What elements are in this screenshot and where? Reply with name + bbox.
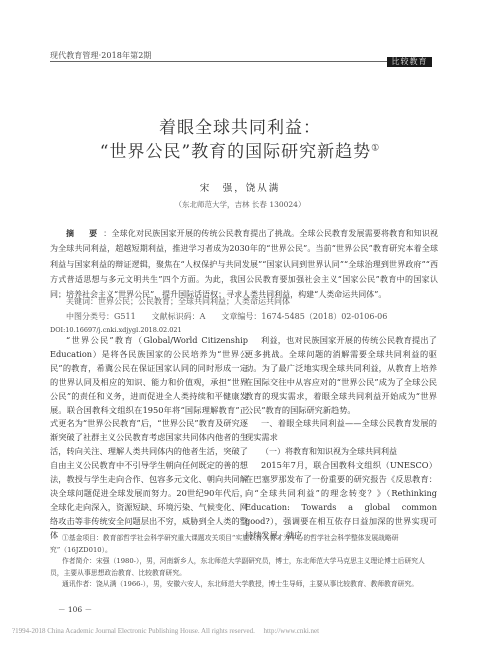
body-paragraph: “世界公民”教育（Global/World Citizenship Educat… (50, 334, 248, 543)
article-title-line1: 着眼全球共同利益： (0, 113, 480, 138)
abstract: 摘 要：全球化对民族国家开展的传统公民教育提出了挑战。全球公民教育发展需要将教育… (50, 226, 438, 302)
abstract-text: ：全球化对民族国家开展的传统公民教育提出了挑战。全球公民教育发展需要将教育和知识… (50, 229, 438, 299)
section-heading: 一、着眼全球共同利益——全球公民教育发展的现实需求 (245, 417, 437, 445)
footnote-rule (50, 528, 140, 529)
footnote-corresponding: 通讯作者：饶从满（1966-），男，安徽六安人，东北师范大学教授，博士生导师，主… (50, 579, 438, 591)
authors: 宋 强，饶从满 (0, 180, 480, 194)
body-column-right: 利益，也对民族国家开展的传统公民教育提出了更多挑战。全球问题的消解需要全球共同利… (245, 334, 437, 543)
copyright-notice: ?1994-2018 China Academic Journal Electr… (12, 626, 319, 636)
footnote-author-bio: 作者简介：宋强（1980-），男，河南新乡人，东北师范大学副研究员，博士，东北师… (50, 556, 438, 579)
body-paragraph: 利益，也对民族国家开展的传统公民教育提出了更多挑战。全球问题的消解需要全球共同利… (245, 334, 437, 417)
body-paragraph: 2015年7月，联合国教科文组织（UNESCO）在巴塞罗那发布了一份重要的研究报… (245, 459, 437, 542)
section-tag: 比较教育 (387, 57, 432, 67)
page-number: － 106 － (58, 604, 92, 615)
affiliation: （东北师范大学，吉林 长春 130024） (0, 199, 480, 210)
header-rule (50, 61, 390, 62)
keywords: 关键词：世界公民；公民教育；全球共同利益；人类命运共同体 (66, 296, 290, 307)
article-title-line2: “世界公民”教育的国际研究新趋势① (0, 137, 480, 162)
footnote-fund: ①基金项目：教育部哲学社会科学研究重大课题攻关项目“实施以育人育才为中心的哲学社… (50, 533, 438, 556)
title-footnote-marker[interactable]: ① (371, 143, 380, 153)
abstract-label: 摘 要 (66, 228, 103, 238)
subsection-heading: （一）将教育和知识视为全球共同利益 (245, 445, 437, 459)
journal-header: 现代教育管理·2018年第2期 (50, 50, 152, 61)
title-text: “世界公民”教育的国际研究新趋势 (100, 142, 371, 162)
body-column-left: “世界公民”教育（Global/World Citizenship Educat… (50, 334, 248, 543)
doi[interactable]: DOI:10.16697/j.cnki.xdjygl.2018.02.021 (50, 326, 182, 334)
classification: 中图分类号：G511 文献标识码：A 文章编号：1674-5485（2018）0… (66, 311, 387, 322)
footnotes: ①基金项目：教育部哲学社会科学研究重大课题攻关项目“实施以育人育才为中心的哲学社… (50, 533, 438, 591)
